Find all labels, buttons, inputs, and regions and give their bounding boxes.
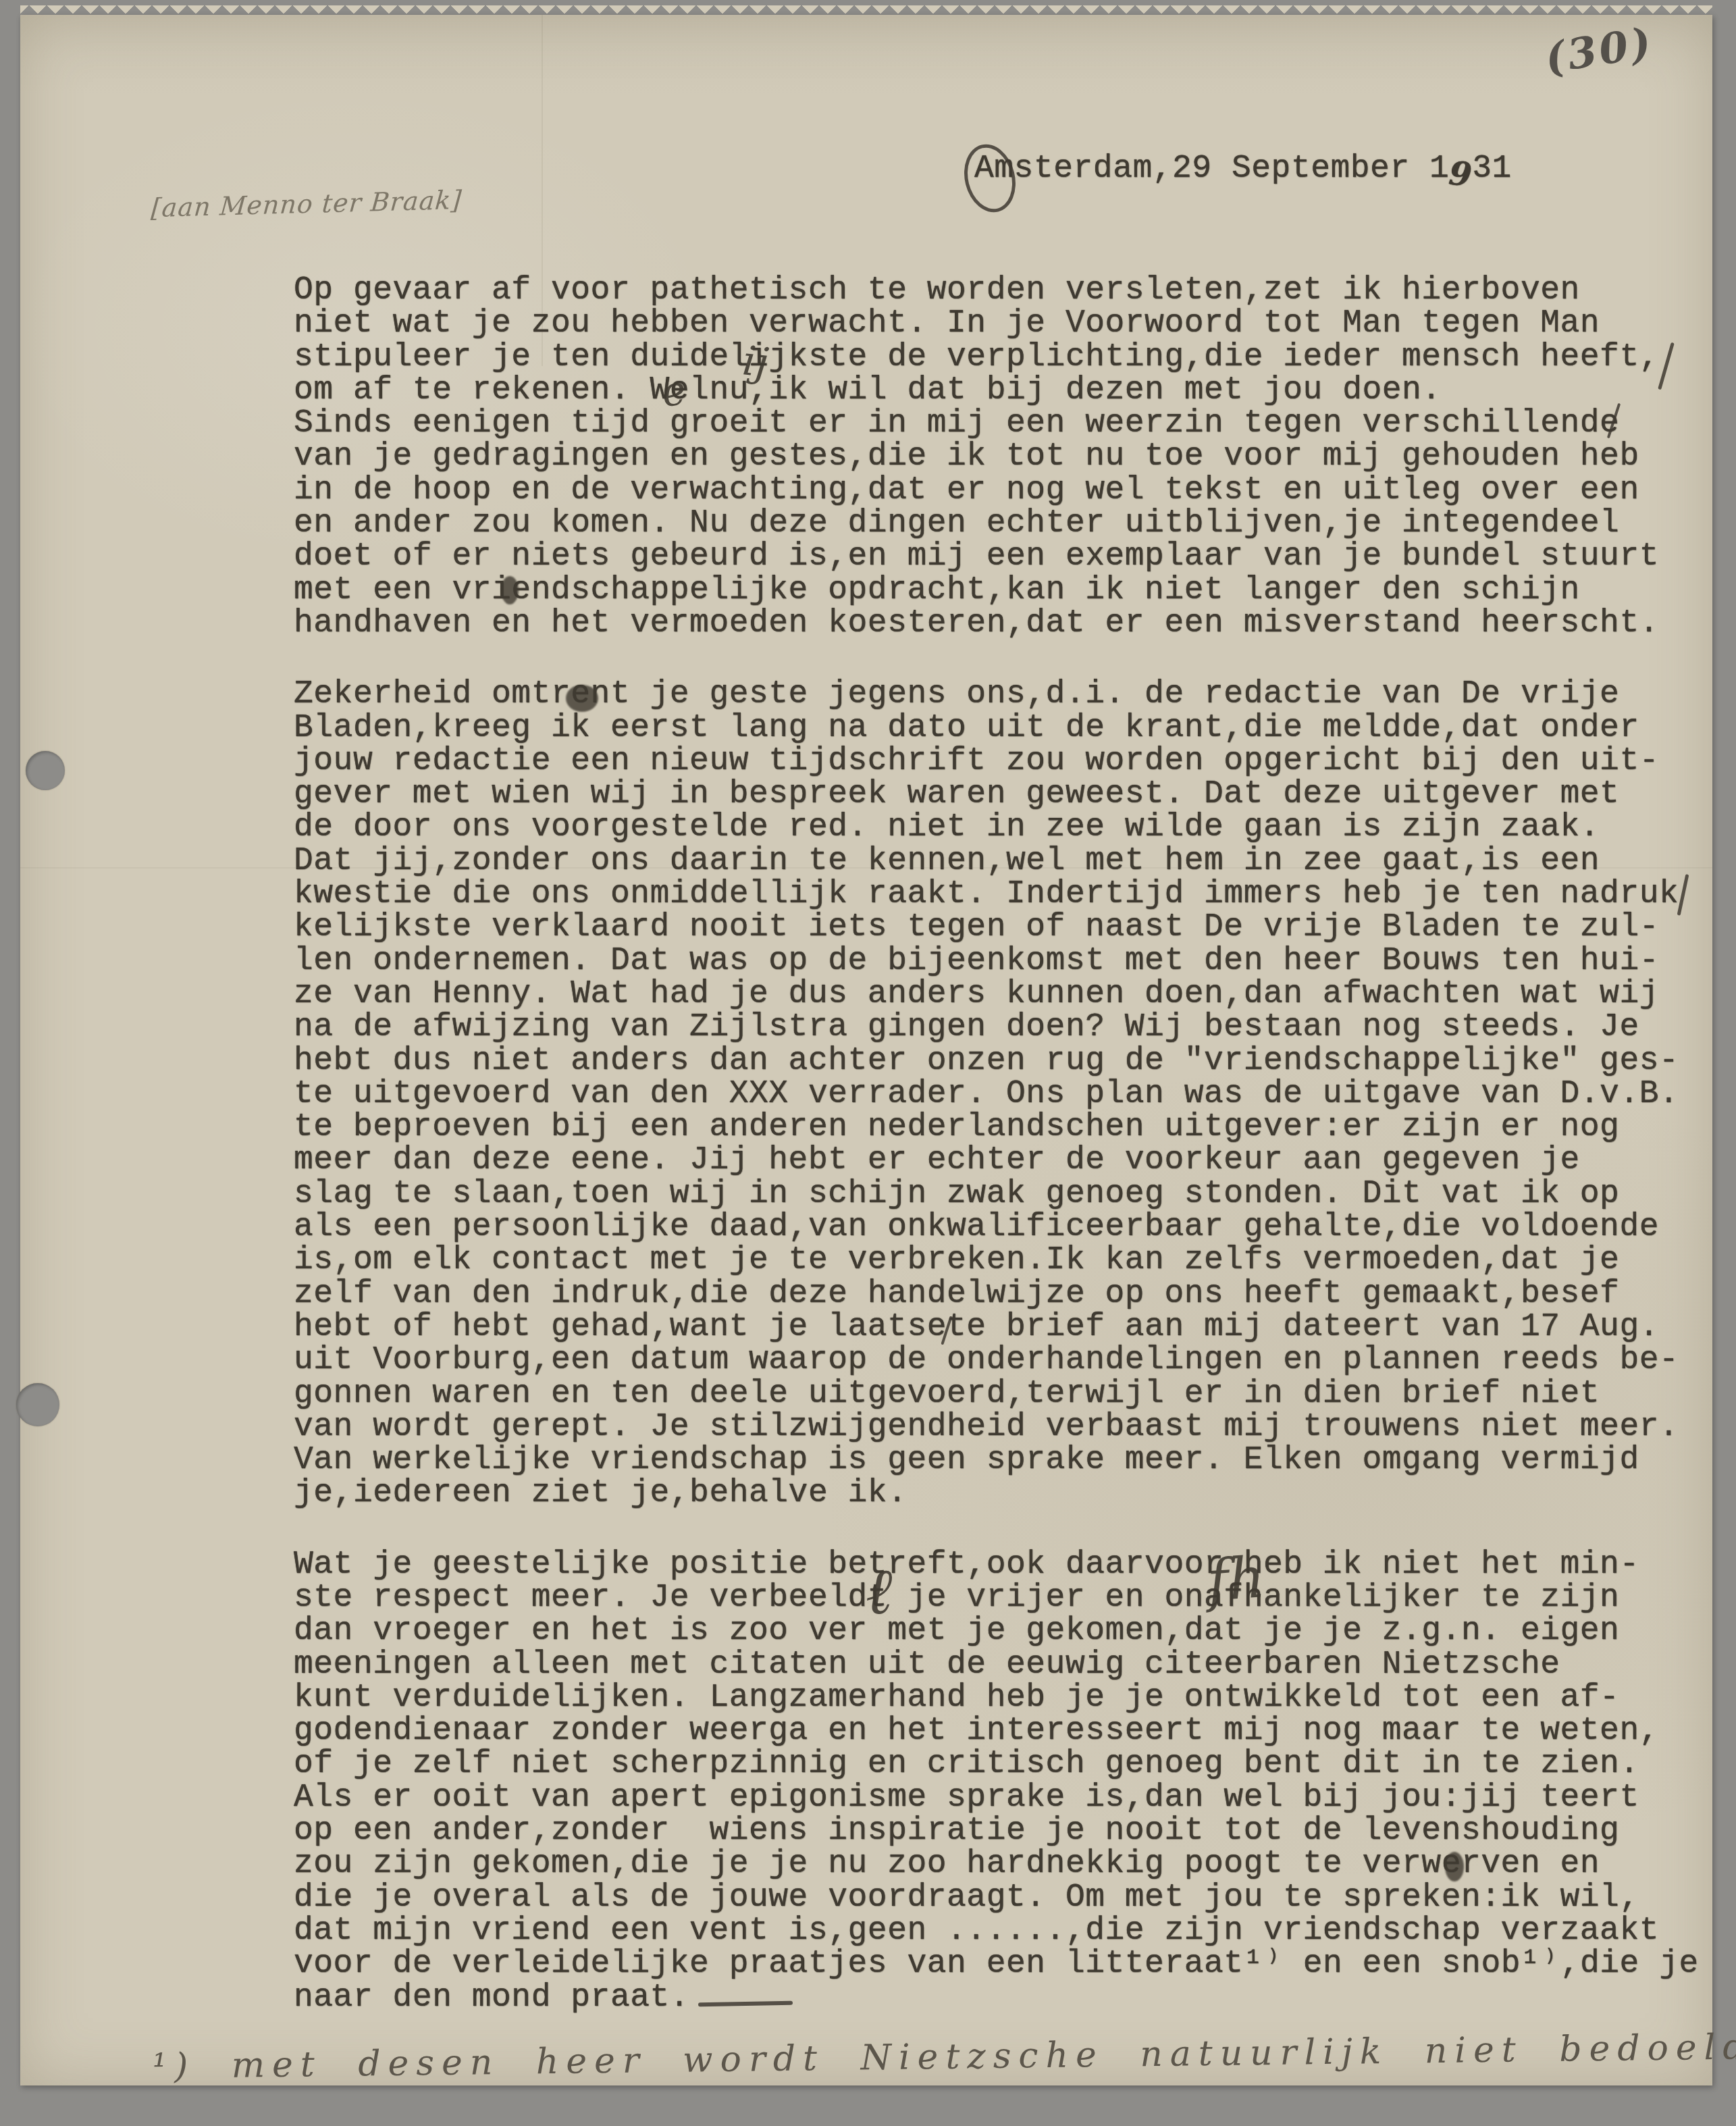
letter-line: Als er ooit van apert epigonisme sprake … <box>294 1782 1736 1815</box>
letter-line: na de afwijzing van Zijlstra gingen doen… <box>294 1011 1736 1044</box>
letter-line: Bladen,kreeg ik eerst lang na dato uit d… <box>294 712 1736 745</box>
letter-line: kunt verduidelijken. Langzamerhand heb j… <box>294 1682 1736 1715</box>
letter-line: van wordt gerept. Je stilzwijgendheid ve… <box>294 1411 1736 1444</box>
letter-paragraph: Wat je geestelijke positie betreft,ook d… <box>294 1549 1736 2015</box>
letter-line: dan vroeger en het is zoo ver met je gek… <box>294 1615 1736 1648</box>
letter-line: stipuleer je ten duidelijkste de verplic… <box>294 341 1736 374</box>
letter-line: is,om elk contact met je te verbreken.Ik… <box>294 1244 1736 1277</box>
punch-hole-bottom <box>16 1383 59 1426</box>
date-text: msterdam,29 September 1 <box>994 151 1449 187</box>
letter-paragraph: Op gevaar af voor pathetisch te worden v… <box>294 274 1736 640</box>
letter-body: Op gevaar af voor pathetisch te worden v… <box>294 274 1736 2015</box>
letter-line: je,iedereen ziet je,behalve ik. <box>294 1477 1736 1510</box>
letter-line: meeningen alleen met citaten uit de eeuw… <box>294 1649 1736 1682</box>
letter-line: die je overal als de jouwe voordraagt. O… <box>294 1882 1736 1915</box>
letter-line: hebt dus niet anders dan achter onzen ru… <box>294 1045 1736 1078</box>
letter-line: godendienaar zonder weerga en het intere… <box>294 1715 1736 1748</box>
letter-line: jouw redactie een nieuw tijdschrift zou … <box>294 745 1736 778</box>
letter-line: uit Voorburg,een datum waarop de onderha… <box>294 1344 1736 1377</box>
letter-line: van je gedragingen en gestes,die ik tot … <box>294 440 1736 473</box>
letter-line: Zekerheid omtrent je geste jegens ons,d.… <box>294 678 1736 711</box>
handwritten-digit: 9 <box>1447 154 1474 194</box>
letter-line: of je zelf niet scherpzinnig en critisch… <box>294 1748 1736 1781</box>
letter-line: met een vriendschappelijke opdracht,kan … <box>294 574 1736 607</box>
letter-line: om af te rekenen. Welnu,ik wil dat bij d… <box>294 374 1736 407</box>
letter-line: als een persoonlijke daad,van onkwalific… <box>294 1211 1736 1244</box>
letter-line: ze van Henny. Wat had je dus anders kunn… <box>294 978 1736 1011</box>
date-line: Amsterdam,29 September 1931 <box>974 147 1512 187</box>
letter-line: niet wat je zou hebben verwacht. In je V… <box>294 307 1736 340</box>
letter-line: te uitgevoerd van den XXX verrader. Ons … <box>294 1078 1736 1111</box>
date-year-end: 31 <box>1472 151 1512 187</box>
letter-line: gonnen waren en ten deele uitgevoerd,ter… <box>294 1378 1736 1411</box>
letter-line: kelijkste verklaard nooit iets tegen of … <box>294 911 1736 944</box>
letter-line: Sinds eenigen tijd groeit er in mij een … <box>294 407 1736 440</box>
letter-line: naar den mond praat. <box>294 1981 1736 2015</box>
letter-line: Op gevaar af voor pathetisch te worden v… <box>294 274 1736 307</box>
letter-line: op een ander,zonder wiens inspiratie je … <box>294 1815 1736 1848</box>
letter-line: len ondernemen. Dat was op de bijeenkoms… <box>294 945 1736 978</box>
perforated-edge <box>20 5 1712 15</box>
letter-line: gever met wien wij in bespreek waren gew… <box>294 778 1736 811</box>
letter-line: kwestie die ons onmiddellijk raakt. Inde… <box>294 878 1736 911</box>
letter-line: hebt of hebt gehad,want je laatsete brie… <box>294 1311 1736 1344</box>
letter-line: voor de verleidelijke praatjes van een l… <box>294 1948 1736 1981</box>
letter-paragraph: Zekerheid omtrent je geste jegens ons,d.… <box>294 678 1736 1510</box>
scanned-letter-page: (30) [aan Menno ter Braak] Amsterdam,29 … <box>0 0 1736 2126</box>
circled-letter: A <box>974 151 994 187</box>
letter-line: zelf van den indruk,die deze handelwijze… <box>294 1278 1736 1311</box>
letter-line: te beproeven bij een anderen nederlandsc… <box>294 1111 1736 1144</box>
punch-hole-top <box>26 751 65 790</box>
letter-line: Van werkelijke vriendschap is geen sprak… <box>294 1444 1736 1477</box>
letter-line: ste respect meer. Je verbeeldt je vrijer… <box>294 1582 1736 1615</box>
letter-line: meer dan deze eene. Jij hebt er echter d… <box>294 1144 1736 1177</box>
letter-line: Dat jij,zonder ons daarin te kennen,wel … <box>294 845 1736 878</box>
letter-line: dat mijn vriend een vent is,geen ......,… <box>294 1915 1736 1948</box>
letter-line: de door ons voorgestelde red. niet in ze… <box>294 811 1736 844</box>
letter-line: en ander zou komen. Nu deze dingen echte… <box>294 507 1736 540</box>
letter-line: slag te slaan,toen wij in schijn zwak ge… <box>294 1178 1736 1211</box>
letter-line: handhaven en het vermoeden koesteren,dat… <box>294 607 1736 640</box>
letter-line: doet of er niets gebeurd is,en mij een e… <box>294 540 1736 573</box>
letter-line: in de hoop en de verwachting,dat er nog … <box>294 474 1736 507</box>
letter-line: Wat je geestelijke positie betreft,ook d… <box>294 1549 1736 1582</box>
letter-line: zou zijn gekomen,die je je nu zoo hardne… <box>294 1848 1736 1881</box>
